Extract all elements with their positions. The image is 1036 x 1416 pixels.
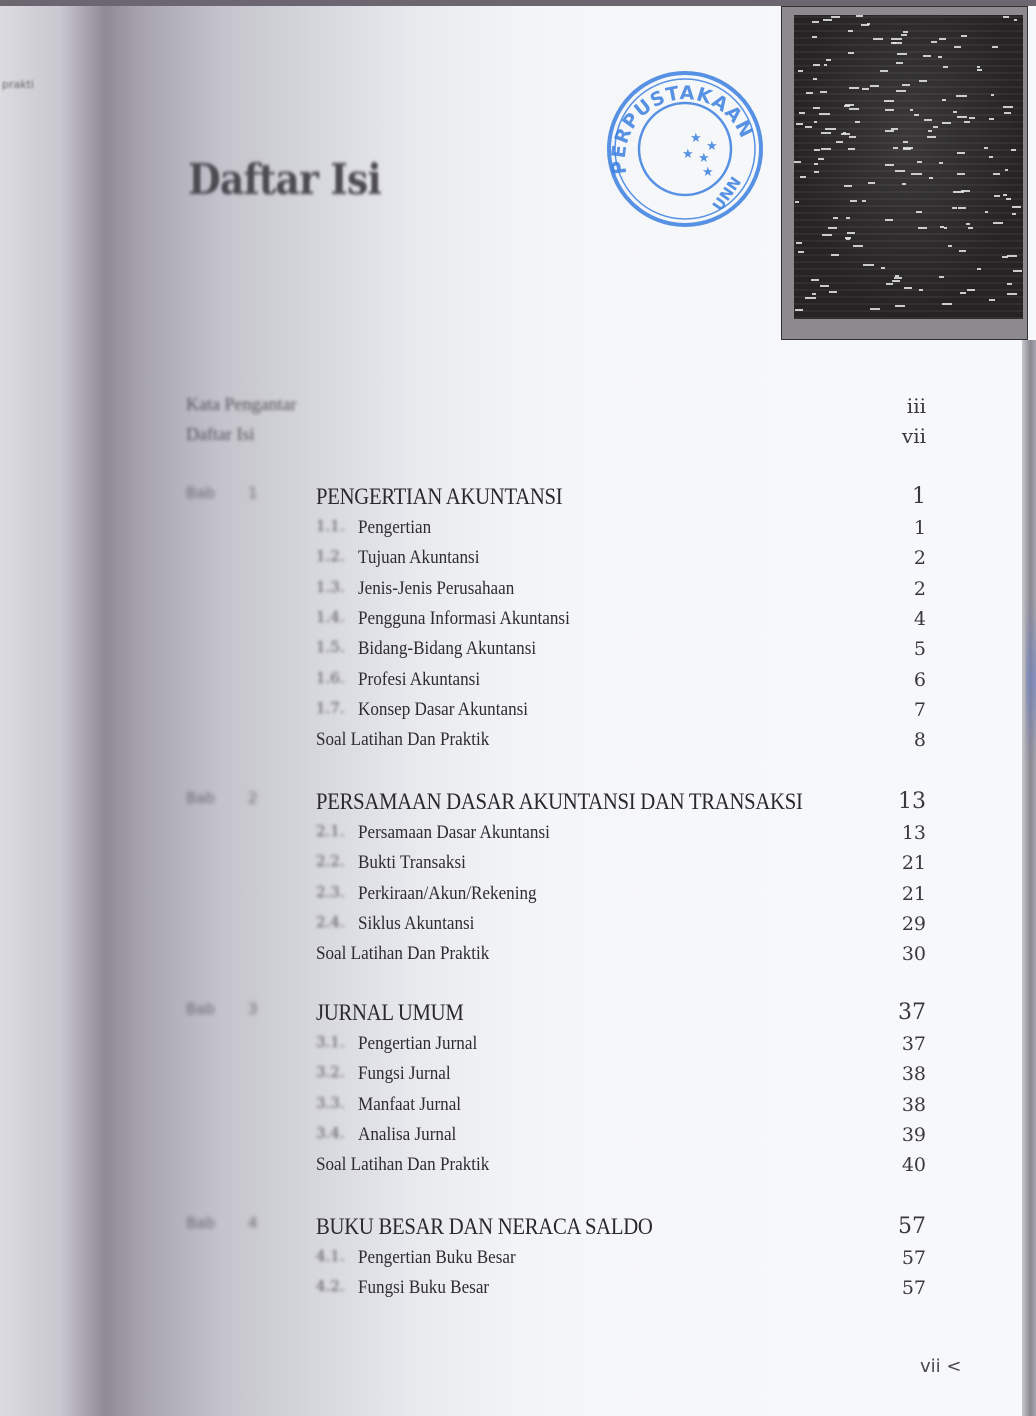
toc-page-number: 13 <box>898 789 926 814</box>
toc-section-item: 3.4.Analisa Jurnal39 <box>0 1124 1036 1154</box>
toc-page-number: vii <box>902 424 926 448</box>
toc-page-number: 57 <box>898 1214 926 1239</box>
exercise-title: Soal Latihan Dan Praktik <box>316 1154 489 1176</box>
section-number: 2.2. <box>316 852 345 870</box>
toc-section-item: 2.1.Persamaan Dasar Akuntansi13 <box>0 822 1036 852</box>
section-title: Bidang-Bidang Akuntansi <box>358 638 536 660</box>
section-title: Pengertian Jurnal <box>358 1033 477 1055</box>
table-of-contents: Kata PengantariiiDaftar IsiviiBab1PENGER… <box>0 0 1036 1416</box>
toc-page-number: 21 <box>902 852 926 874</box>
toc-page-number: iii <box>907 394 926 418</box>
section-number: 1.2. <box>316 547 345 565</box>
toc-section-item: 1.7.Konsep Dasar Akuntansi7 <box>0 699 1036 729</box>
toc-exercise-item: Soal Latihan Dan Praktik8 <box>0 729 1036 759</box>
section-title: Perkiraan/Akun/Rekening <box>358 883 537 905</box>
section-title: Pengertian Buku Besar <box>358 1247 516 1269</box>
toc-section-item: 2.3.Perkiraan/Akun/Rekening21 <box>0 883 1036 913</box>
section-title: Analisa Jurnal <box>358 1124 456 1146</box>
toc-chapter-heading: Bab2PERSAMAAN DASAR AKUNTANSI DAN TRANSA… <box>0 789 1036 819</box>
section-title: Manfaat Jurnal <box>358 1094 461 1116</box>
toc-page-number: 2 <box>914 578 926 600</box>
chapter-title: BUKU BESAR DAN NERACA SALDO <box>316 1214 653 1240</box>
toc-section-item: 1.3.Jenis-Jenis Perusahaan2 <box>0 578 1036 608</box>
toc-page-number: 8 <box>914 729 926 751</box>
toc-exercise-item: Soal Latihan Dan Praktik30 <box>0 943 1036 973</box>
toc-section-item: 2.2.Bukti Transaksi21 <box>0 852 1036 882</box>
section-number: 2.1. <box>316 822 345 840</box>
toc-section-item: 3.1.Pengertian Jurnal37 <box>0 1033 1036 1063</box>
toc-section-item: 1.6.Profesi Akuntansi6 <box>0 669 1036 699</box>
toc-page-number: 37 <box>902 1033 926 1055</box>
page-right-edge <box>1022 340 1036 1416</box>
toc-chapter-heading: Bab4BUKU BESAR DAN NERACA SALDO57 <box>0 1214 1036 1244</box>
section-number: 3.4. <box>316 1124 345 1142</box>
toc-page-number: 38 <box>902 1094 926 1116</box>
toc-page-number: 30 <box>902 943 926 965</box>
chapter-number: 1 <box>248 484 258 502</box>
chapter-label: Bab <box>186 484 215 502</box>
section-number: 4.2. <box>316 1277 345 1295</box>
toc-section-item: 1.4.Pengguna Informasi Akuntansi4 <box>0 608 1036 638</box>
toc-page-number: 37 <box>898 1000 926 1025</box>
chapter-label: Bab <box>186 1000 215 1018</box>
toc-page-number: 38 <box>902 1063 926 1085</box>
chapter-number: 2 <box>248 789 258 807</box>
toc-front-matter-item: Daftar Isivii <box>0 424 1036 454</box>
section-title: Persamaan Dasar Akuntansi <box>358 822 550 844</box>
exercise-title: Soal Latihan Dan Praktik <box>316 943 489 965</box>
toc-page-number: 4 <box>914 608 926 630</box>
section-title: Bukti Transaksi <box>358 852 466 874</box>
toc-page-number: 40 <box>902 1154 926 1176</box>
section-title: Fungsi Jurnal <box>358 1063 451 1085</box>
toc-page-number: 1 <box>914 517 926 539</box>
toc-page-number: 57 <box>902 1247 926 1269</box>
exercise-title: Soal Latihan Dan Praktik <box>316 729 489 751</box>
section-number: 3.2. <box>316 1063 345 1081</box>
toc-entry-label: Kata Pengantar <box>186 394 296 415</box>
page-folio: vii < <box>920 1356 961 1377</box>
toc-section-item: 1.2.Tujuan Akuntansi2 <box>0 547 1036 577</box>
toc-page-number: 39 <box>902 1124 926 1146</box>
section-number: 1.1. <box>316 517 345 535</box>
section-title: Profesi Akuntansi <box>358 669 480 691</box>
toc-section-item: 1.1.Pengertian1 <box>0 517 1036 547</box>
chapter-label: Bab <box>186 789 215 807</box>
section-title: Jenis-Jenis Perusahaan <box>358 578 514 600</box>
toc-page-number: 29 <box>902 913 926 935</box>
section-number: 1.3. <box>316 578 345 596</box>
section-title: Fungsi Buku Besar <box>358 1277 489 1299</box>
page-right-edge-tint <box>1026 600 1036 760</box>
toc-page-number: 6 <box>914 669 926 691</box>
toc-page-number: 21 <box>902 883 926 905</box>
toc-page-number: 1 <box>912 484 926 509</box>
section-number: 2.3. <box>316 883 345 901</box>
section-number: 1.4. <box>316 608 345 626</box>
section-number: 2.4. <box>316 913 345 931</box>
toc-section-item: 3.2.Fungsi Jurnal38 <box>0 1063 1036 1093</box>
chapter-title: PERSAMAAN DASAR AKUNTANSI DAN TRANSAKSI <box>316 789 803 815</box>
section-title: Siklus Akuntansi <box>358 913 474 935</box>
toc-section-item: 3.3.Manfaat Jurnal38 <box>0 1094 1036 1124</box>
toc-chapter-heading: Bab1PENGERTIAN AKUNTANSI1 <box>0 484 1036 514</box>
toc-page-number: 5 <box>914 638 926 660</box>
toc-section-item: 4.1.Pengertian Buku Besar57 <box>0 1247 1036 1277</box>
section-title: Pengguna Informasi Akuntansi <box>358 608 570 630</box>
section-number: 4.1. <box>316 1247 345 1265</box>
toc-page-number: 57 <box>902 1277 926 1299</box>
chapter-label: Bab <box>186 1214 215 1232</box>
toc-exercise-item: Soal Latihan Dan Praktik40 <box>0 1154 1036 1184</box>
toc-page-number: 13 <box>902 822 926 844</box>
section-number: 1.7. <box>316 699 345 717</box>
toc-section-item: 4.2.Fungsi Buku Besar57 <box>0 1277 1036 1307</box>
toc-page-number: 2 <box>914 547 926 569</box>
section-title: Tujuan Akuntansi <box>358 547 479 569</box>
chapter-title: PENGERTIAN AKUNTANSI <box>316 484 562 510</box>
toc-front-matter-item: Kata Pengantariii <box>0 394 1036 424</box>
chapter-number: 3 <box>248 1000 258 1018</box>
section-number: 3.1. <box>316 1033 345 1051</box>
section-title: Pengertian <box>358 517 431 539</box>
toc-section-item: 2.4.Siklus Akuntansi29 <box>0 913 1036 943</box>
section-number: 3.3. <box>316 1094 345 1112</box>
toc-page-number: 7 <box>914 699 926 721</box>
chapter-number: 4 <box>248 1214 258 1232</box>
section-number: 1.6. <box>316 669 345 687</box>
section-title: Konsep Dasar Akuntansi <box>358 699 528 721</box>
toc-entry-label: Daftar Isi <box>186 424 254 445</box>
chapter-title: JURNAL UMUM <box>316 1000 464 1026</box>
toc-section-item: 1.5.Bidang-Bidang Akuntansi5 <box>0 638 1036 668</box>
toc-chapter-heading: Bab3JURNAL UMUM37 <box>0 1000 1036 1030</box>
section-number: 1.5. <box>316 638 345 656</box>
